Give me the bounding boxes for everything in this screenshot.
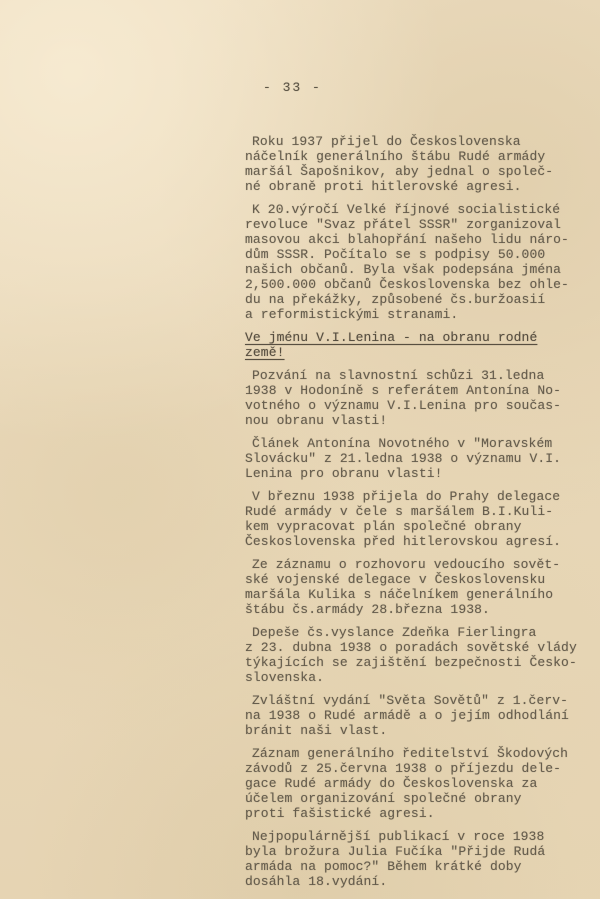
paragraph-skodovy-zavody: Záznam generálního ředitelství Škodových…	[245, 746, 583, 821]
paragraph-svet-sovetu: Zvláštní vydání "Světa Sovětů" z 1.červ-…	[245, 693, 583, 738]
paragraph-delegace-brezen-1938: V březnu 1938 přijela do Prahy delegace …	[245, 489, 583, 549]
paragraph-svaz-pratel-sssr: K 20.výročí Velké říjnové socialistické …	[245, 202, 583, 322]
paragraph-zaznam-rozhovoru-kulik: Ze záznamu o rozhovoru vedoucího sovět- …	[245, 557, 583, 617]
section-heading-ve-jmenu-lenina: Ve jménu V.I.Lenina - na obranu rodné ze…	[245, 330, 583, 360]
paragraph-clanek-novotneho: Článek Antonína Novotného v "Moravském S…	[245, 436, 583, 481]
paragraph-saposnikov-1937: Roku 1937 přijel do Československa náčel…	[245, 134, 583, 194]
paragraph-pozvani-hodonin: Pozvání na slavnostní schůzi 31.ledna 19…	[245, 368, 583, 428]
page-number: - 33 -	[263, 80, 322, 95]
document-text-column: Roku 1937 přijel do Československa náčel…	[245, 134, 583, 897]
paragraph-depese-fierlinger: Depeše čs.vyslance Zdeňka Fierlingra z 2…	[245, 625, 583, 685]
scanned-document-page: - 33 - Roku 1937 přijel do Československ…	[0, 0, 600, 899]
paragraph-brozura-fucika: Nejpopulárnější publikací v roce 1938 by…	[245, 829, 583, 889]
